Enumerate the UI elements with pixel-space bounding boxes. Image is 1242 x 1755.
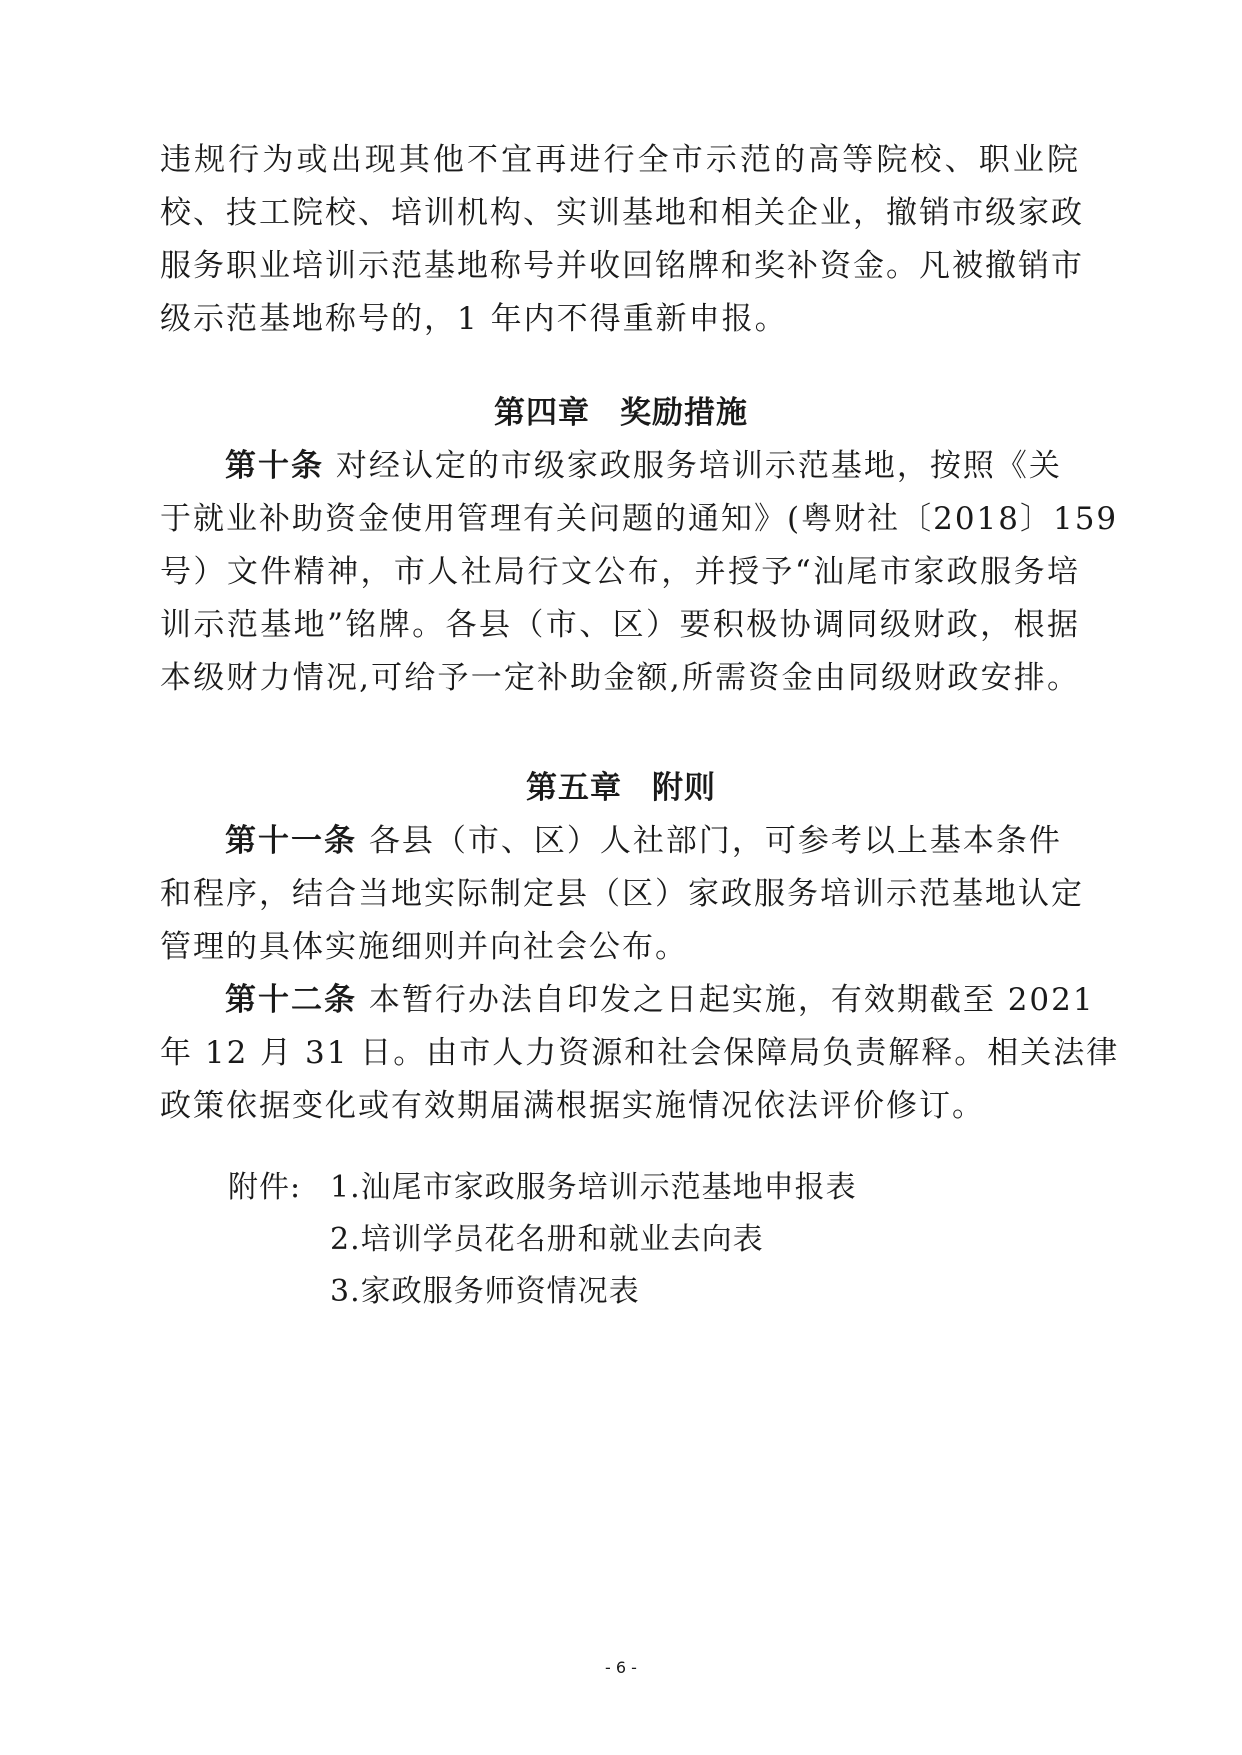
attachment-item: 3.家政服务师资情况表 xyxy=(330,1272,640,1312)
paragraph-line: 训示范基地”铭牌。各县（市、区）要积极协调同级财政，根据 xyxy=(160,605,1080,645)
paragraph-line: 管理的具体实施细则并向社会公布。 xyxy=(160,927,1080,967)
paragraph-line: 年 12 月 31 日。由市人力资源和社会保障局负责解释。相关法律 xyxy=(160,1033,1080,1073)
chapter-heading: 第五章附则 xyxy=(0,768,1242,808)
paragraph-line: 号）文件精神，市人社局行文公布，并授予“汕尾市家政服务培 xyxy=(160,552,1080,592)
chapter-title: 奖励措施 xyxy=(620,395,748,431)
attachments-label: 附件: xyxy=(228,1168,301,1208)
article-12-line: 第十二条 本暂行办法自印发之日起实施，有效期截至 2021 xyxy=(225,980,1080,1020)
article-10-line: 第十条 对经认定的市级家政服务培训示范基地，按照《关 xyxy=(225,446,1080,486)
paragraph-line: 校、技工院校、培训机构、实训基地和相关企业，撤销市级家政 xyxy=(160,193,1080,233)
chapter-number: 第四章 xyxy=(494,395,590,431)
article-label: 第十条 xyxy=(225,448,324,484)
paragraph-line: 服务职业培训示范基地称号并收回铭牌和奖补资金。凡被撤销市 xyxy=(160,246,1080,286)
article-label: 第十一条 xyxy=(225,823,357,859)
paragraph-line: 级示范基地称号的，1 年内不得重新申报。 xyxy=(160,299,1080,339)
article-11-line: 第十一条 各县（市、区）人社部门，可参考以上基本条件 xyxy=(225,821,1080,861)
attachment-item: 2.培训学员花名册和就业去向表 xyxy=(330,1220,764,1260)
document-page: 违规行为或出现其他不宜再进行全市示范的高等院校、职业院 校、技工院校、培训机构、… xyxy=(0,0,1242,1755)
article-label: 第十二条 xyxy=(225,982,357,1018)
page-number: - 6 - xyxy=(0,1658,1242,1677)
chapter-title: 附则 xyxy=(652,770,716,806)
attachment-item: 1.汕尾市家政服务培训示范基地申报表 xyxy=(330,1168,857,1208)
paragraph-line: 政策依据变化或有效期届满根据实施情况依法评价修订。 xyxy=(160,1086,1080,1126)
paragraph-line: 违规行为或出现其他不宜再进行全市示范的高等院校、职业院 xyxy=(160,140,1080,180)
chapter-heading: 第四章奖励措施 xyxy=(0,393,1242,433)
paragraph-line: 和程序，结合当地实际制定县（区）家政服务培训示范基地认定 xyxy=(160,874,1080,914)
paragraph-line: 本级财力情况,可给予一定补助金额,所需资金由同级财政安排。 xyxy=(160,658,1080,698)
chapter-number: 第五章 xyxy=(526,770,622,806)
paragraph-line: 于就业补助资金使用管理有关问题的通知》(粤财社〔2018〕159 xyxy=(160,499,1080,539)
